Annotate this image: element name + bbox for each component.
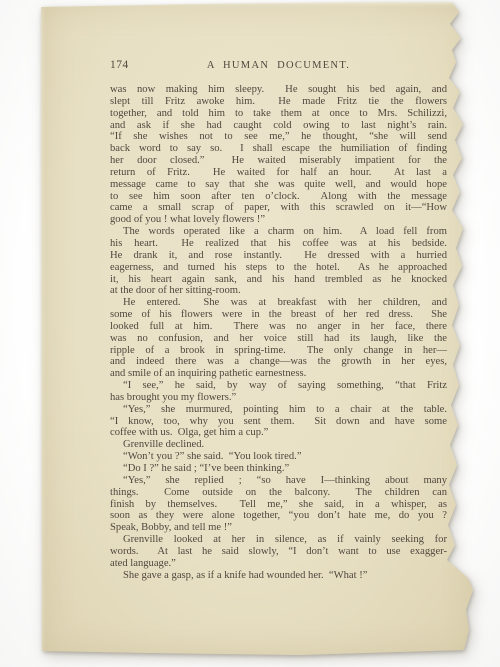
text-line: coffee with us. Olga, get him a cup.” [110,427,447,439]
text-line: and indeed there was a change—was the gr… [110,356,447,368]
text-line: his heart. He realized that his coffee w… [110,238,447,250]
text-block: was now making him sleepy. He sought his… [110,84,447,581]
text-line: some of his flowers were in the breast o… [110,309,447,321]
text-line: came a small scrap of paper, with this s… [110,202,447,214]
text-line: “I know, too, why you sent them. Sit dow… [110,416,447,428]
text-line: “Yes,” she replied ; “so have I—thinking… [110,475,447,487]
text-line: Speak, Bobby, and tell me !” [110,522,447,534]
text-line: good of you ! what lovely flowers !” [110,214,447,226]
text-line: soon as they were alone together, “you d… [110,510,447,522]
text-line: return of Fritz. He waited for half an h… [110,167,447,179]
book-page: 174 A HUMAN DOCUMENT. was now making him… [40,2,476,657]
text-line: She gave a gasp, as if a knife had wound… [110,570,447,582]
text-line: ripple of a brook in spring-time. The on… [110,345,447,357]
text-line: ated language.” [110,558,447,570]
text-line: and smile of an inquiring pathetic earne… [110,368,447,380]
text-line: has brought you my flowers.” [110,392,447,404]
text-line: looked full at him. There was no anger i… [110,321,447,333]
book-page-wrapper: 174 A HUMAN DOCUMENT. was now making him… [40,2,476,657]
text-line: to see him soon after ten o’clock. Along… [110,191,447,203]
text-line: “If she wishes not to see me,” he though… [110,131,447,143]
text-line: “Do I ?” he said ; “I’ve been thinking.” [110,463,447,475]
text-line: finish by themselves. Tell me,” she said… [110,499,447,511]
text-line: back word to say so. I shall escape the … [110,143,447,155]
text-line: together, and told him to take them at o… [110,108,447,120]
text-line: “I see,” he said, by way of saying somet… [110,380,447,392]
text-line: “Won’t you ?” she said. “You look tired.… [110,451,447,463]
photo-backdrop: 174 A HUMAN DOCUMENT. was now making him… [0,0,500,667]
text-line: was no confusion, and her voice still ha… [110,333,447,345]
text-line: Grenville looked at her in silence, as i… [110,534,447,546]
text-line: eagerness, and turned his steps to the h… [110,262,447,274]
text-line: things. Come outside on the balcony. The… [110,487,447,499]
text-line: at the door of her sitting-room. [110,285,447,297]
text-line: words. At last he said slowly, “I don’t … [110,546,447,558]
text-line: Grenville declined. [110,439,447,451]
text-line: and ask if she had caught cold owing to … [110,120,447,132]
text-line: message came to say that she was quite w… [110,179,447,191]
text-line: it, his heart again sank, and his hand t… [110,274,447,286]
text-line: He drank it, and rose instantly. He dres… [110,250,447,262]
text-line: The words operated like a charm on him. … [110,226,447,238]
text-line: “Yes,” she murmured, pointing him to a c… [110,404,447,416]
running-title: A HUMAN DOCUMENT. [110,60,447,71]
text-line: her door closed.” He waited miserably im… [110,155,447,167]
text-line: was now making him sleepy. He sought his… [110,84,447,96]
page-header: 174 A HUMAN DOCUMENT. [110,59,447,73]
text-line: slept till Fritz awoke him. He made Frit… [110,96,447,108]
text-line: He entered. She was at breakfast with he… [110,297,447,309]
